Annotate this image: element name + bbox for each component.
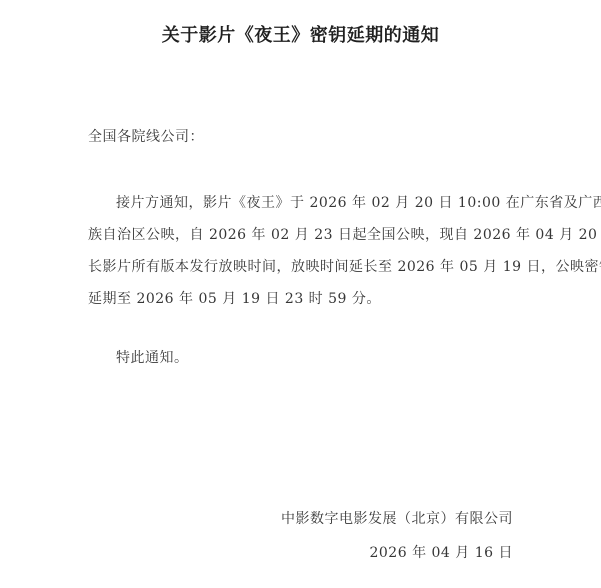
- body-line: 延期至 2026 年 05 月 19 日 23 时 59 分。: [88, 283, 513, 315]
- notice-body: 接片方通知，影片《夜王》于 2026 年 02 月 20 日 10:00 在广东…: [88, 187, 513, 315]
- notice-document: 关于影片《夜王》密钥延期的通知 全国各院线公司： 接片方通知，影片《夜王》于 2…: [0, 0, 601, 588]
- notice-content: 全国各院线公司： 接片方通知，影片《夜王》于 2026 年 02 月 20 日 …: [88, 121, 513, 569]
- closing-line: 特此通知。: [88, 342, 513, 374]
- issue-date: 2026 年 04 月 16 日: [88, 537, 513, 569]
- issuer-name: 中影数字电影发展（北京）有限公司: [88, 503, 513, 535]
- body-line: 族自治区公映，自 2026 年 02 月 23 日起全国公映，现自 2026 年…: [88, 219, 513, 251]
- body-line: 长影片所有版本发行放映时间，放映时间延长至 2026 年 05 月 19 日，公…: [88, 251, 513, 283]
- notice-title: 关于影片《夜王》密钥延期的通知: [0, 0, 601, 49]
- body-line: 接片方通知，影片《夜王》于 2026 年 02 月 20 日 10:00 在广东…: [88, 187, 513, 219]
- salutation: 全国各院线公司：: [88, 121, 513, 153]
